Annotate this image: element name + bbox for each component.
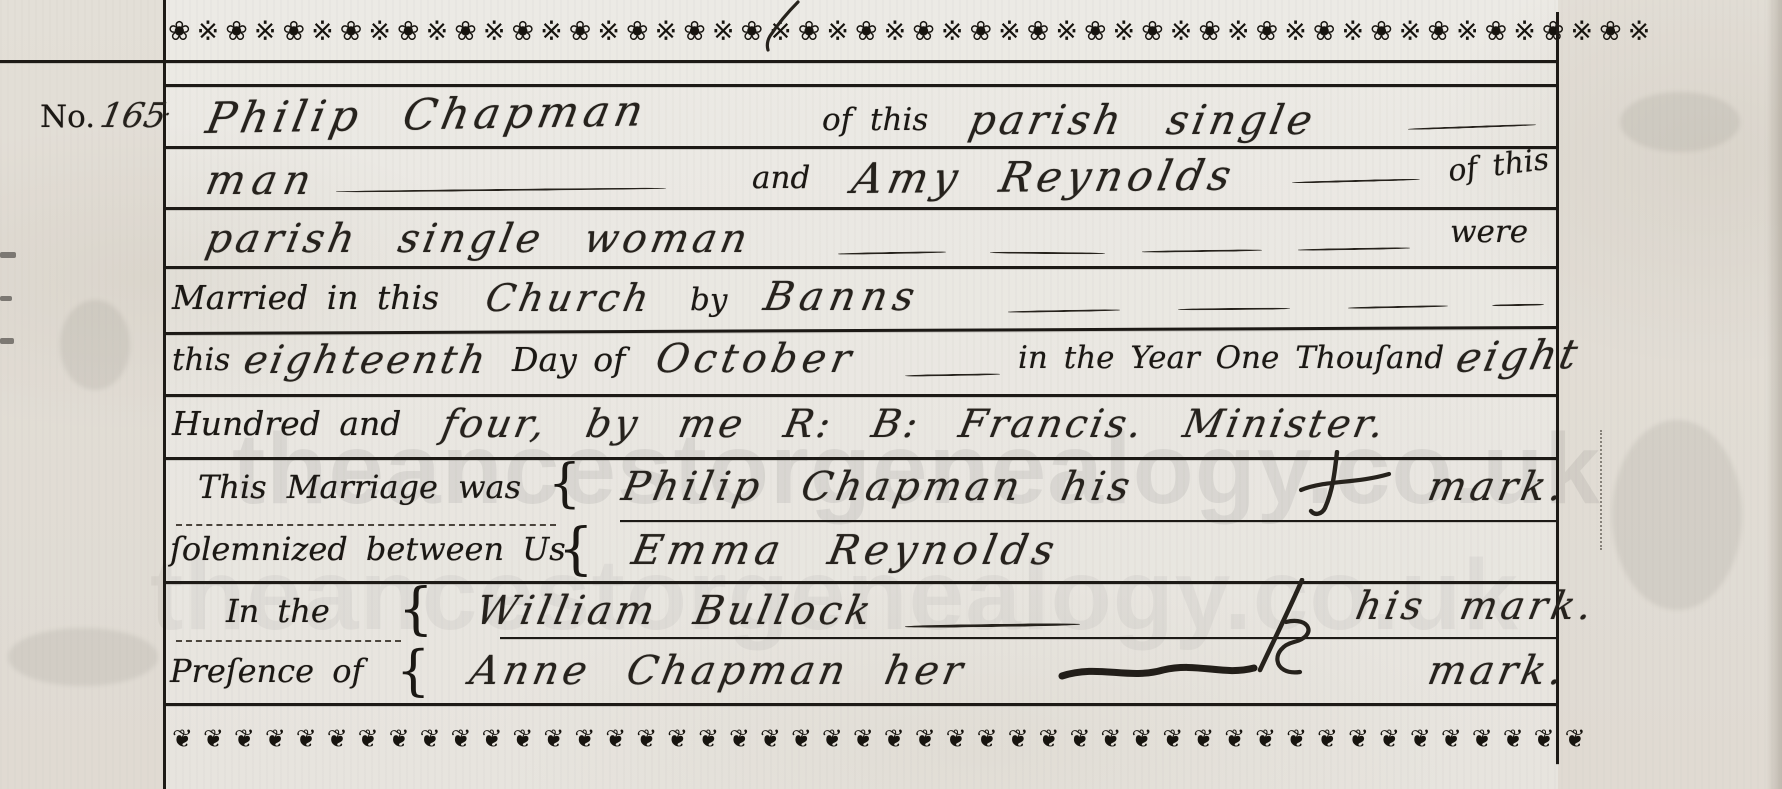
form-rule-dashed (176, 640, 401, 642)
ink-dash (1298, 247, 1410, 251)
printed-day-of: Day of (512, 340, 625, 379)
form-rule-horizontal (166, 581, 1556, 584)
ornament-band-bottom: ❦❦❦❦❦❦❦❦❦❦❦❦❦❦❦❦❦❦❦❦❦❦❦❦❦❦❦❦❦❦❦❦❦❦❦❦❦❦❦❦… (172, 724, 1712, 753)
ink-dash (1178, 308, 1290, 311)
printed-this: this (172, 342, 230, 378)
parish-status-handwriting-2: parish single woman (202, 216, 755, 262)
place-handwriting: Church (482, 276, 657, 320)
entry-number: No.165· (40, 96, 168, 136)
entry-number-value: 165 (97, 96, 170, 136)
month-handwriting: October (652, 336, 860, 382)
form-rule-horizontal (0, 60, 1558, 63)
paper-smudge (1620, 92, 1740, 152)
form-rule-horizontal (166, 266, 1556, 269)
printed-of-this-2: of this (1446, 142, 1551, 189)
witness1-signature-handwriting: William Bullock (472, 588, 878, 634)
printed-by: by (690, 282, 727, 318)
parish-status-handwriting-1: parish single (965, 96, 1320, 144)
groom-mark-word: mark. (1424, 464, 1571, 510)
ink-dash (1492, 304, 1544, 307)
day-handwriting: eighteenth (240, 338, 492, 383)
form-rule-horizontal (166, 703, 1556, 706)
ink-dash (1348, 305, 1448, 309)
form-rule-horizontal (166, 394, 1556, 397)
method-handwriting: Banns (760, 274, 924, 320)
groom-name-handwriting: Philip Chapman (202, 86, 652, 144)
binding-mark (0, 296, 12, 301)
form-rule-horizontal (166, 84, 1556, 87)
printed-in-the: In the (226, 592, 330, 630)
form-rule-horizontal (166, 207, 1556, 210)
ink-dash (1408, 124, 1536, 130)
year-handwriting: eight (1452, 330, 1585, 382)
binding-mark (0, 338, 14, 344)
printed-brace: { (396, 644, 430, 698)
witness1-mark-words: his mark. (1352, 584, 1600, 629)
form-rule-horizontal-partial (500, 637, 1556, 639)
entry-number-label: No. (40, 99, 95, 135)
printed-brace: { (548, 458, 581, 510)
ink-dash (1292, 178, 1420, 183)
ornament-band-top: ❀※❀※❀※❀※❀※❀※❀※❀※❀※❀※❀※❀※❀※❀※❀※❀※❀※❀※❀※❀※… (168, 16, 1780, 47)
form-rule-horizontal (166, 146, 1556, 149)
bride-signature-handwriting: Emma Reynolds (628, 526, 1063, 574)
status-continued-handwriting: man (202, 156, 322, 204)
printed-of-this-1: of this (822, 102, 928, 138)
form-rule-dashed (176, 524, 556, 526)
ink-dash (1008, 309, 1120, 313)
printed-married-in-this: Married in this (172, 278, 439, 317)
printed-were: were (1450, 214, 1528, 250)
bride-name-handwriting: Amy Reynolds (848, 151, 1240, 203)
page-edge-shadow (1766, 0, 1782, 789)
printed-year-phrase: in the Year One Thouſand (1018, 340, 1444, 376)
officiant-handwriting: four, by me R: B: Francis. Minister. (438, 402, 1391, 447)
form-rule-vertical-dotted (1600, 430, 1602, 550)
ink-dash (1142, 249, 1262, 253)
form-rule-horizontal-partial (620, 520, 1556, 522)
witness2-bold-dash (1058, 660, 1258, 686)
printed-solemnized-between-us: ſolemnized between Us (170, 530, 566, 568)
printed-this-marriage-was: This Marriage was (198, 468, 521, 506)
groom-signature-handwriting: Philip Chapman his (618, 464, 1137, 510)
printed-brace: { (398, 582, 434, 638)
ink-dash (838, 251, 946, 255)
printed-and: and (752, 160, 810, 196)
witness2-mark-word: mark. (1424, 648, 1571, 694)
printed-presence-of: Preſence of (170, 652, 363, 690)
witness2-signature-handwriting: Anne Chapman her (466, 648, 970, 694)
ink-dash (905, 373, 1000, 377)
marriage-register-scan: theancestorgenealogy.co.uk theancestorge… (0, 0, 1782, 789)
binding-mark (0, 252, 16, 258)
printed-brace: { (558, 522, 594, 578)
printed-hundred-and: Hundred and (172, 404, 401, 443)
ink-dash (990, 251, 1105, 254)
form-rule-horizontal (166, 326, 1556, 335)
groom-signature-mark (1295, 450, 1395, 520)
stray-pen-flourish (758, 0, 804, 52)
paper-smudge (1612, 420, 1742, 610)
ink-dash (336, 187, 666, 192)
paper-smudge (60, 300, 130, 390)
paper-smudge (8, 628, 158, 686)
